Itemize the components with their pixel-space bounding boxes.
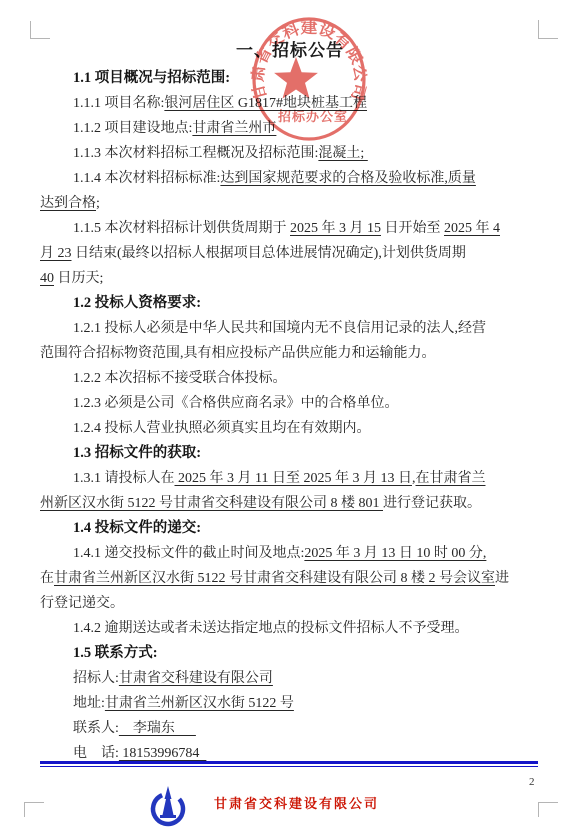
page-title: 一、招标公告 bbox=[40, 36, 540, 66]
underlined-text: 李瑞东 bbox=[119, 721, 196, 736]
text-line: 40 日历天; bbox=[40, 266, 540, 291]
underlined-text: 甘肃省交科建设有限公司 bbox=[119, 671, 273, 686]
underlined-text: 18153996784 bbox=[119, 746, 207, 761]
underlined-text: 月 23 bbox=[40, 246, 72, 261]
text-run: 1.4.2 逾期送达或者未送达指定地点的投标文件招标人不予受理。 bbox=[73, 621, 469, 636]
text-line: 1.4 投标文件的递交: bbox=[40, 516, 540, 541]
text-line: 1.1.4 本次材料招标标准:达到国家规范要求的合格及验收标准,质量 bbox=[40, 166, 540, 191]
text-run: 1.1.3 本次材料招标工程概况及招标范围: bbox=[73, 146, 318, 161]
text-line: 1.2.1 投标人必须是中华人民共和国境内无不良信用记录的法人,经营 bbox=[40, 316, 540, 341]
underlined-text: 甘肃省兰州市 bbox=[192, 121, 276, 136]
margin-corner-mark bbox=[538, 802, 558, 803]
footer-company-name: 甘肃省交科建设有限公司 bbox=[214, 793, 454, 812]
text-run: 1.1.4 本次材料招标标准: bbox=[73, 171, 220, 186]
text-run: 1.2.1 投标人必须是中华人民共和国境内无不良信用记录的法人,经营 bbox=[73, 321, 486, 336]
text-line: 1.1.1 项目名称:银河居住区 G1817#地块桩基工程 bbox=[40, 91, 540, 116]
underlined-text: 40 bbox=[40, 271, 54, 286]
page-number: 2 bbox=[529, 776, 535, 788]
text-line: 1.2.4 投标人营业执照必须真实且均在有效期内。 bbox=[40, 416, 540, 441]
margin-corner-mark bbox=[24, 802, 25, 817]
underlined-text: 达到合格 bbox=[40, 196, 96, 211]
text-line: 地址:甘肃省兰州新区汉水街 5122 号 bbox=[40, 691, 540, 716]
underlined-text: 混凝土; bbox=[318, 146, 367, 161]
text-run: 电 话: bbox=[73, 746, 119, 761]
document-content: 一、招标公告 1.1 项目概况与招标范围:1.1.1 项目名称:银河居住区 G1… bbox=[40, 36, 540, 766]
company-logo-icon bbox=[148, 784, 188, 828]
text-run: 1.2 投标人资格要求: bbox=[73, 295, 201, 311]
text-line: 1.3 招标文件的获取: bbox=[40, 441, 540, 466]
margin-corner-mark bbox=[538, 38, 558, 39]
text-run: 1.1.2 项目建设地点: bbox=[73, 121, 192, 136]
text-run: 日历天; bbox=[54, 271, 103, 286]
text-run: 1.3.1 请投标人在 bbox=[73, 471, 175, 486]
text-line: 范围符合招标物资范围,具有相应投标产品供应能力和运输能力。 bbox=[40, 341, 540, 366]
text-run: 日开始至 bbox=[381, 221, 444, 236]
text-line: 1.4.2 逾期送达或者未送达指定地点的投标文件招标人不予受理。 bbox=[40, 616, 540, 641]
text-run: 行登记递交。 bbox=[40, 596, 124, 611]
text-line: 1.1 项目概况与招标范围: bbox=[40, 66, 540, 91]
underlined-text: 甘肃省兰州新区汉水街 5122 号甘肃省交科建设有限公司 8 楼 2 号会议室 bbox=[54, 571, 495, 586]
text-run: 1.4 投标文件的递交: bbox=[73, 520, 201, 536]
document-lines: 1.1 项目概况与招标范围:1.1.1 项目名称:银河居住区 G1817#地块桩… bbox=[40, 66, 540, 766]
underlined-text: 2025 年 3 月 15 bbox=[290, 221, 381, 236]
text-run: 联系人: bbox=[73, 721, 119, 736]
text-line: 1.5 联系方式: bbox=[40, 641, 540, 666]
text-line: 1.2 投标人资格要求: bbox=[40, 291, 540, 316]
text-line: 月 23 日结束(最终以招标人根据项目总体进展情况确定),计划供货周期 bbox=[40, 241, 540, 266]
text-run: ; bbox=[96, 196, 100, 211]
text-run: 1.1 项目概况与招标范围: bbox=[73, 70, 230, 86]
underlined-text: 2025 年 3 月 13 日 10 时 00 分, bbox=[304, 546, 486, 561]
text-line: 1.2.3 必须是公司《合格供应商名录》中的合格单位。 bbox=[40, 391, 540, 416]
text-line: 1.4.1 递交投标文件的截止时间及地点:2025 年 3 月 13 日 10 … bbox=[40, 541, 540, 566]
footer-divider-line bbox=[40, 761, 538, 767]
text-run: 1.1.1 项目名称: bbox=[73, 96, 164, 111]
margin-corner-mark bbox=[538, 802, 539, 817]
text-run: 范围符合招标物资范围,具有相应投标产品供应能力和运输能力。 bbox=[40, 346, 436, 361]
margin-corner-mark bbox=[30, 21, 31, 38]
underlined-text: 2025 年 3 月 11 日至 2025 年 3 月 13 日 bbox=[175, 471, 412, 486]
text-run: 在 bbox=[40, 571, 54, 586]
text-run: 1.5 联系方式: bbox=[73, 645, 158, 661]
text-run: 地址: bbox=[73, 696, 105, 711]
text-run: 招标人: bbox=[73, 671, 119, 686]
text-run: 1.2.2 本次招标不接受联合体投标。 bbox=[73, 371, 287, 386]
underlined-text: 在甘肃省兰 bbox=[415, 471, 485, 486]
text-run: 日结束(最终以招标人根据项目总体进展情况确定),计划供货周期 bbox=[72, 246, 466, 261]
document-page: 一、招标公告 1.1 项目概况与招标范围:1.1.1 项目名称:银河居住区 G1… bbox=[0, 0, 577, 840]
text-line: 达到合格; bbox=[40, 191, 540, 216]
underlined-text: 2025 年 4 bbox=[444, 221, 500, 236]
underlined-text: 达到国家规范要求的合格及验收标准,质量 bbox=[220, 171, 476, 186]
text-run: 1.2.4 投标人营业执照必须真实且均在有效期内。 bbox=[73, 421, 371, 436]
text-line: 在甘肃省兰州新区汉水街 5122 号甘肃省交科建设有限公司 8 楼 2 号会议室… bbox=[40, 566, 540, 591]
text-line: 招标人:甘肃省交科建设有限公司 bbox=[40, 666, 540, 691]
text-line: 联系人: 李瑞东 bbox=[40, 716, 540, 741]
text-run: 进 bbox=[495, 571, 509, 586]
text-line: 州新区汉水街 5122 号甘肃省交科建设有限公司 8 楼 801 进行登记获取。 bbox=[40, 491, 540, 516]
text-line: 1.1.5 本次材料招标计划供货周期于 2025 年 3 月 15 日开始至 2… bbox=[40, 216, 540, 241]
text-run: 1.4.1 递交投标文件的截止时间及地点: bbox=[73, 546, 304, 561]
text-line: 1.1.2 项目建设地点:甘肃省兰州市 bbox=[40, 116, 540, 141]
text-run: 1.3 招标文件的获取: bbox=[73, 445, 201, 461]
underlined-text: 甘肃省兰州新区汉水街 5122 号 bbox=[105, 696, 294, 711]
underlined-text: 州新区汉水街 5122 号甘肃省交科建设有限公司 8 楼 801 bbox=[40, 496, 383, 511]
text-line: 1.1.3 本次材料招标工程概况及招标范围:混凝土; bbox=[40, 141, 540, 166]
text-run: 1.1.5 本次材料招标计划供货周期于 bbox=[73, 221, 290, 236]
margin-corner-mark bbox=[24, 802, 44, 803]
underlined-text: 银河居住区 G1817#地块桩基工程 bbox=[164, 96, 367, 111]
text-line: 行登记递交。 bbox=[40, 591, 540, 616]
text-line: 1.2.2 本次招标不接受联合体投标。 bbox=[40, 366, 540, 391]
text-run: 1.2.3 必须是公司《合格供应商名录》中的合格单位。 bbox=[73, 396, 399, 411]
text-run: 进行登记获取。 bbox=[383, 496, 481, 511]
text-line: 1.3.1 请投标人在 2025 年 3 月 11 日至 2025 年 3 月 … bbox=[40, 466, 540, 491]
